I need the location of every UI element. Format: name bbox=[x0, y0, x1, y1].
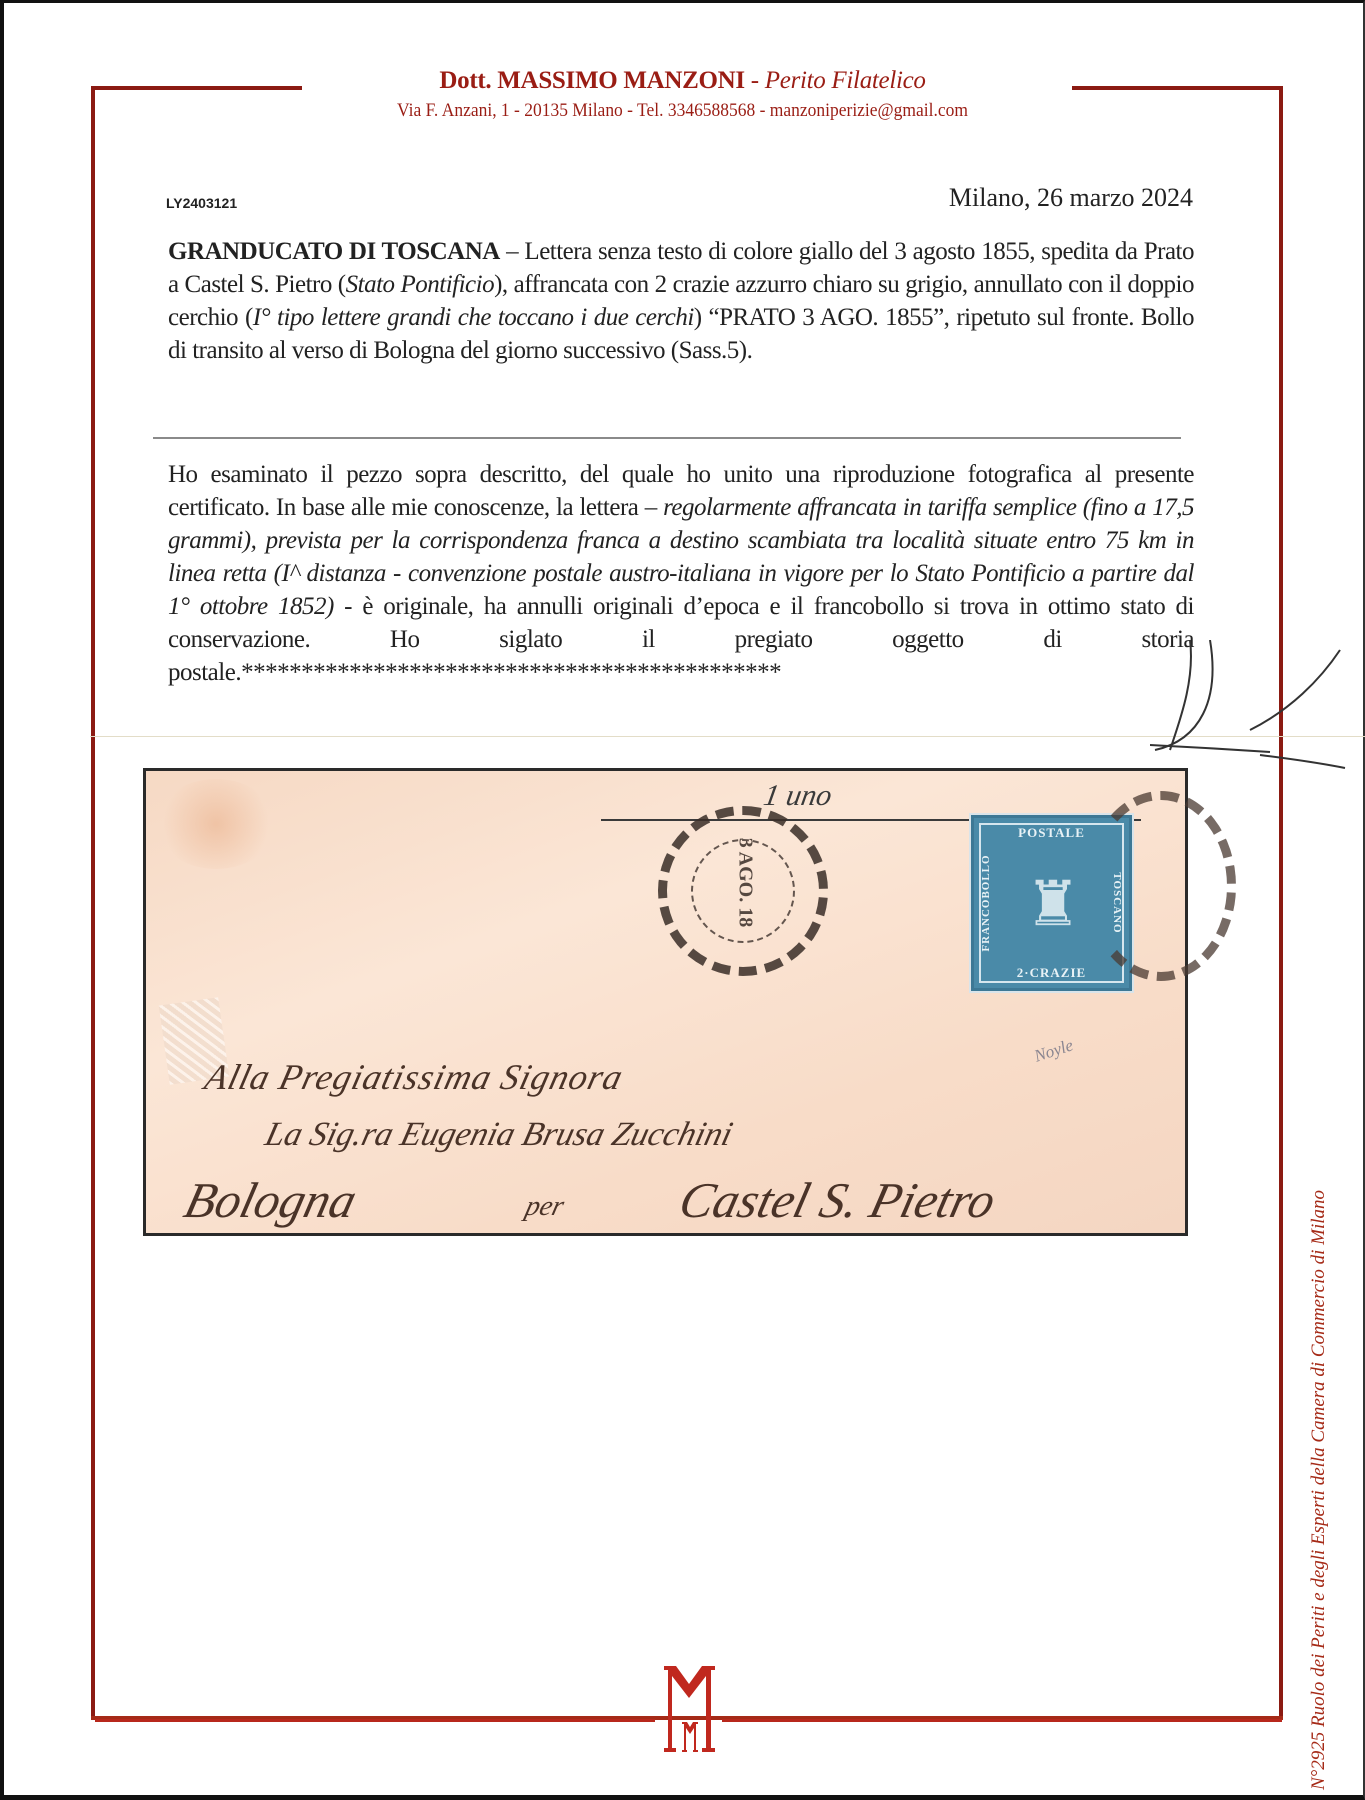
text-run: I° tipo lettere grandi che toccano i due… bbox=[253, 304, 694, 331]
item-description: GRANDUCATO DI TOSCANA – Lettera senza te… bbox=[168, 235, 1194, 367]
postmark-date: 3 AGO. 18 bbox=[734, 831, 757, 935]
footer-rule-right bbox=[722, 1719, 1282, 1722]
envelope-photo: 1 uno 3 AGO. 18 POSTALE FRANCOBOLLO TOSC… bbox=[143, 768, 1188, 1236]
stamp-bottom-text: 2·CRAZIE bbox=[971, 965, 1132, 981]
expert-title: Perito Filatelico bbox=[765, 67, 926, 94]
postmark-partial bbox=[1086, 791, 1236, 981]
expert-signature bbox=[1150, 640, 1350, 780]
frame-left bbox=[91, 86, 95, 1720]
monogram-logo bbox=[662, 1664, 717, 1754]
expert-name-line: Dott. MASSIMO MANZONI - Perito Filatelic… bbox=[0, 66, 1365, 96]
frame-right bbox=[1279, 86, 1283, 1720]
address-city: Bologna bbox=[179, 1171, 363, 1229]
letterhead: Dott. MASSIMO MANZONI - Perito Filatelic… bbox=[0, 66, 1365, 124]
rate-note: 1 uno bbox=[761, 779, 834, 813]
registry-number: N°2925 Ruolo dei Periti e degli Esperti … bbox=[1308, 1190, 1330, 1790]
pencil-mark: Noyle bbox=[1032, 1035, 1076, 1066]
certificate-date: Milano, 26 marzo 2024 bbox=[949, 183, 1193, 213]
stain bbox=[156, 779, 276, 869]
postmark-prato: 3 AGO. 18 bbox=[658, 806, 828, 976]
stamp-left-text: FRANCOBOLLO bbox=[980, 848, 992, 958]
address-line-1: Alla Pregiatissima Signora bbox=[201, 1056, 628, 1098]
address-final: Castel S. Pietro bbox=[674, 1171, 1002, 1229]
address-via: per bbox=[522, 1191, 567, 1223]
text-run: Stato Pontificio bbox=[346, 271, 494, 298]
footer-rule-left bbox=[95, 1719, 655, 1722]
expert-name: Dott. MASSIMO MANZONI bbox=[439, 67, 745, 94]
text-run: ****************************************… bbox=[241, 659, 781, 686]
certificate-id: LY2403121 bbox=[166, 195, 237, 211]
separator-line bbox=[153, 437, 1181, 439]
lion-icon: ♜ bbox=[1015, 855, 1091, 955]
expert-opinion: Ho esaminato il pezzo sopra descritto, d… bbox=[168, 458, 1194, 689]
postmark-inner-circle: 3 AGO. 18 bbox=[691, 839, 795, 943]
expert-address: Via F. Anzani, 1 - 20135 Milano - Tel. 3… bbox=[55, 98, 1311, 124]
description-lead: GRANDUCATO DI TOSCANA bbox=[168, 238, 500, 265]
address-line-2: La Sig.ra Eugenia Brusa Zucchini bbox=[261, 1116, 736, 1154]
opinion-body: Ho esaminato il pezzo sopra descritto, d… bbox=[168, 461, 1194, 686]
